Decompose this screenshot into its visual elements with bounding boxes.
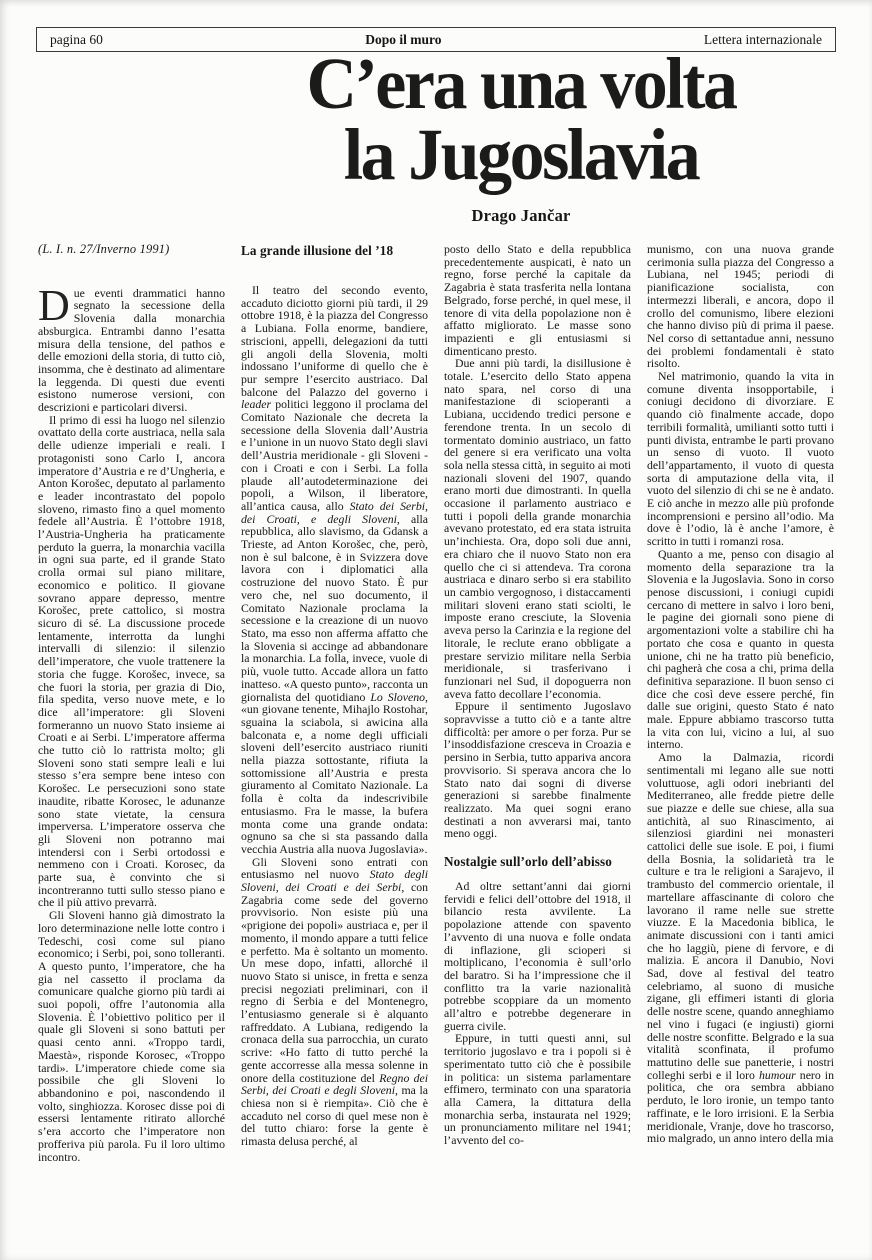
article-title: C’era una volta la Jugoslavia [208, 50, 834, 191]
article-paragraph: Quanto a me, penso con disagio al moment… [647, 548, 834, 751]
article-paragraph: Ad oltre settant’anni dai giorni fervidi… [444, 880, 631, 1032]
article-column-2: La grande illusione del ’18Il teatro del… [241, 243, 428, 1238]
article-paragraph: posto dello Stato e della repubblica pre… [444, 243, 631, 357]
article-paragraph: Due eventi drammatici hanno segnato la s… [38, 287, 225, 414]
article-body: (L. I. n. 27/Inverno 1991)Due eventi dra… [38, 243, 834, 1238]
article-paragraph: Gli Sloveni sono entrati con entusiasmo … [241, 856, 428, 1148]
article-paragraph: Il teatro del secondo evento, accaduto d… [241, 284, 428, 856]
article-paragraph: Due anni più tardi, la disillusione è to… [444, 357, 631, 700]
article-column-3: posto dello Stato e della repubblica pre… [444, 243, 631, 1238]
drop-cap: D [38, 287, 74, 324]
magazine-page: pagina 60 Dopo il muro Lettera internazi… [0, 0, 872, 1260]
issue-reference: (L. I. n. 27/Inverno 1991) [38, 243, 225, 256]
section-heading: La grande illusione del ’18 [241, 244, 428, 258]
article-column-1: (L. I. n. 27/Inverno 1991)Due eventi dra… [38, 243, 225, 1238]
article-paragraph: Gli Sloveni hanno già dimostrato la loro… [38, 909, 225, 1163]
author-byline: Drago Jančar [208, 208, 834, 224]
article-paragraph: Eppure, in tutti questi anni, sul territ… [444, 1032, 631, 1146]
article-paragraph: Amo la Dalmazia, ricordi sentimentali mi… [647, 751, 834, 1145]
article-title-line1: C’era una volta [208, 50, 834, 121]
article-title-line2: la Jugoslavia [208, 121, 834, 192]
article-paragraph: Eppure il sentimento Jugoslavo sopravvis… [444, 700, 631, 840]
section-heading: Nostalgie sull’orlo dell’abisso [444, 855, 631, 869]
article-column-4: munismo, con una nuova grande cerimonia … [647, 243, 834, 1238]
article-paragraph: Il primo di essi ha luogo nel silenzio o… [38, 414, 225, 909]
article-paragraph: Nel matrimonio, quando la vita in comune… [647, 370, 834, 548]
headline-block: C’era una volta la Jugoslavia Drago Janč… [38, 50, 834, 224]
page-number: pagina 60 [50, 32, 103, 48]
article-paragraph: munismo, con una nuova grande cerimonia … [647, 243, 834, 370]
